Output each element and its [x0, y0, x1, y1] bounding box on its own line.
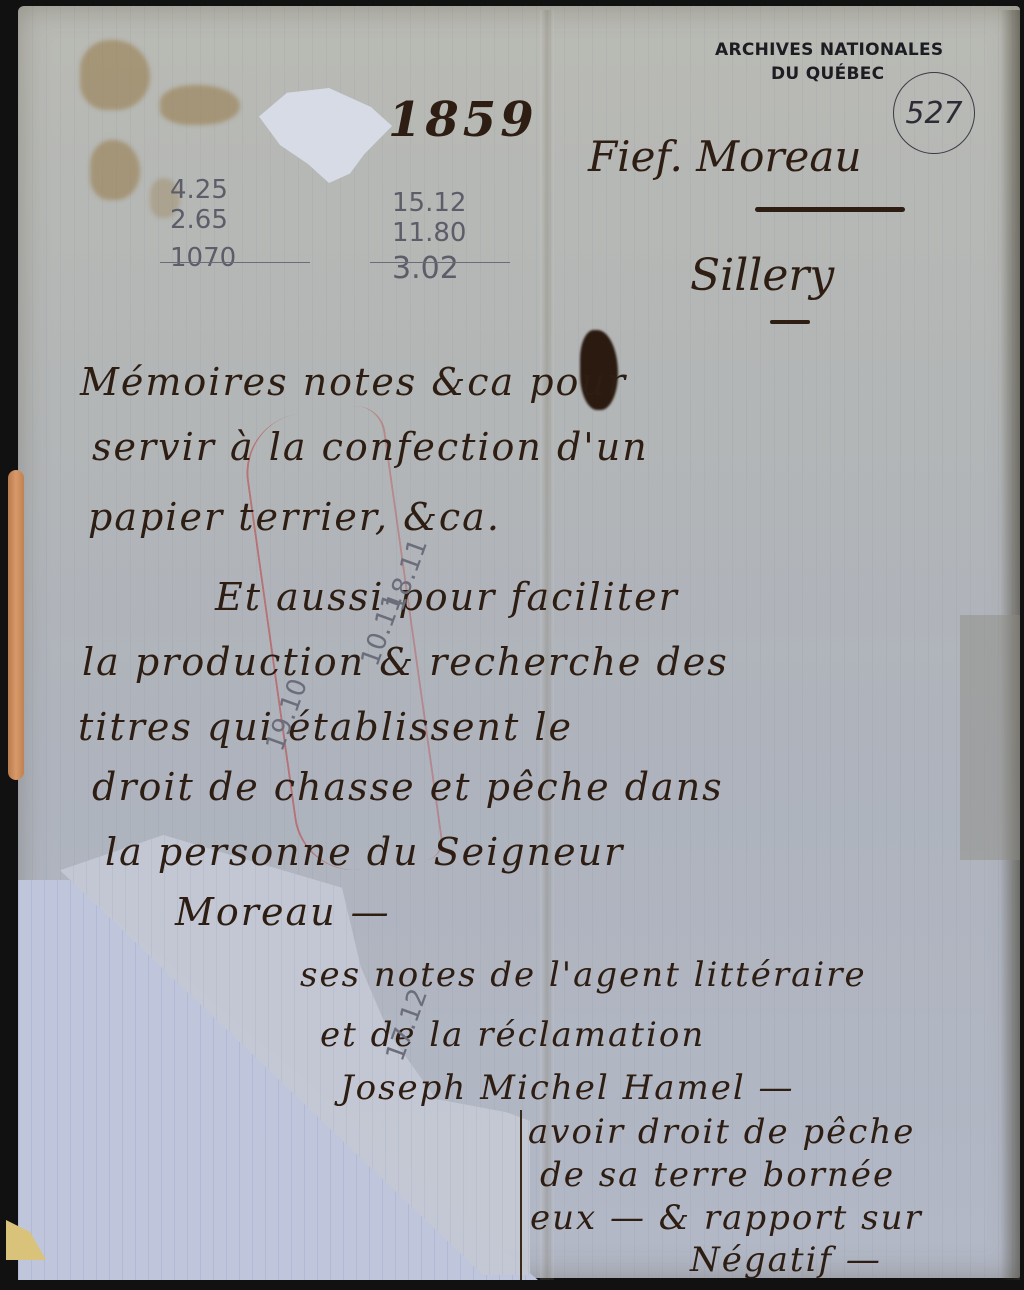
reference-number: 527	[893, 72, 975, 154]
calc-total: 3.02	[392, 254, 466, 284]
title-fief: Fief. Moreau	[588, 132, 862, 181]
pencil-calc-right: 15.12 11.80 3.02	[392, 188, 466, 284]
body-line: Et aussi pour faciliter	[215, 575, 679, 619]
binding-strip	[8, 470, 24, 780]
body-line: avoir droit de pêche	[528, 1112, 915, 1152]
body-line: la personne du Seigneur	[105, 830, 624, 874]
body-line: Négatif —	[690, 1240, 882, 1280]
body-line: droit de chasse et pêche dans	[92, 765, 724, 809]
stamp-line-1: ARCHIVES NATIONALES	[715, 38, 943, 62]
body-line: Joseph Michel Hamel —	[340, 1068, 795, 1108]
calc-value: 2.65	[170, 205, 236, 235]
calc-value: 15.12	[392, 188, 466, 218]
tape-patch	[960, 615, 1020, 860]
body-line: eux — & rapport sur	[530, 1198, 923, 1238]
stain	[160, 85, 240, 125]
body-line: titres qui établissent le	[78, 705, 573, 749]
calc-rule	[160, 262, 310, 263]
calc-value: 11.80	[392, 218, 466, 248]
body-line: servir à la confection d'un	[92, 425, 649, 469]
body-line: Mémoires notes &ca pour	[80, 360, 627, 404]
body-line: Moreau —	[175, 890, 391, 934]
document-year: 1859	[388, 92, 538, 148]
body-line: ses notes de l'agent littéraire	[300, 955, 867, 995]
title-underline	[755, 207, 905, 212]
title-underline-2	[770, 320, 810, 324]
title-location: Sillery	[690, 250, 834, 301]
document-scan: ARCHIVES NATIONALES DU QUÉBEC 527 1859 F…	[0, 0, 1024, 1290]
margin-bracket	[520, 1110, 526, 1280]
pencil-calc-left: 4.25 2.65 1070	[170, 175, 236, 273]
body-line: la production & recherche des	[82, 640, 729, 684]
stain	[90, 140, 140, 200]
body-line: de sa terre bornée	[540, 1155, 895, 1195]
calc-total: 1070	[170, 243, 236, 273]
calc-rule	[370, 262, 510, 263]
calc-value: 4.25	[170, 175, 236, 205]
stain	[80, 40, 150, 110]
body-line: et de la réclamation	[320, 1015, 705, 1055]
body-line: papier terrier, &ca.	[88, 495, 501, 539]
